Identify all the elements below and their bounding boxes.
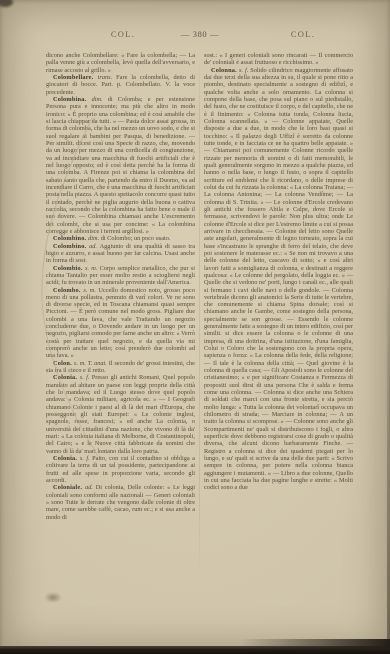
- left-column: dicono anche Colombellare: « Fare la col…: [46, 52, 195, 580]
- ink-smudge-bottom-left: [44, 592, 62, 603]
- entry-term: Colombina.: [53, 96, 92, 103]
- dictionary-page-scan: COL. — 380 — COL. dicono anche Colombell…: [0, 0, 390, 654]
- dictionary-entry: Colombo. s. m. Uccello domestico noto, g…: [46, 287, 195, 360]
- entry-grammar-label: s. m. T. anat.: [74, 360, 109, 367]
- entry-grammar-label: trans.: [98, 74, 117, 81]
- entry-grammar-label: s. f.: [239, 67, 250, 74]
- dictionary-entry: Colonna. s. f. Solido cilindrico maggior…: [204, 67, 353, 492]
- entry-grammar-label: ad.: [85, 484, 96, 491]
- entry-grammar-label: s. f.: [80, 374, 92, 381]
- dictionary-entry: Colombina. dim. di Colomba; e per estens…: [46, 96, 195, 235]
- dictionary-entry: Colombino. ad. Aggiunto di una qualità d…: [46, 243, 195, 265]
- dictionary-entry: Colonia. s. f. Patto, con cui il contadi…: [46, 455, 195, 484]
- column-divider-line: [199, 58, 200, 574]
- entry-term: Colombo.: [53, 287, 83, 294]
- entry-term: Colonna.: [211, 67, 239, 74]
- header-right-keyword: COL.: [268, 29, 338, 39]
- entry-term: Colombino.: [53, 243, 89, 250]
- dictionary-entry: Colombellare. trans. Fare la colombella,…: [46, 74, 195, 96]
- entry-term: Colombio.: [53, 265, 85, 272]
- running-header: COL. — 380 — COL.: [0, 29, 390, 41]
- entry-grammar-label: ad.: [89, 243, 99, 250]
- entry-term: Colonia.: [53, 374, 80, 381]
- entry-grammar-label: dim.: [92, 96, 108, 103]
- dictionary-entry: sost.: « I generi coloniali sono rincara…: [204, 52, 353, 67]
- ink-stain-top-left: [0, 0, 13, 7]
- entry-grammar-label: s. f.: [80, 455, 92, 462]
- dictionary-entry: Colombino. dim. di Colombo; un poco usat…: [46, 235, 195, 242]
- dictionary-entry: Colombio. s. m. Corpo semplice metallico…: [46, 265, 195, 287]
- page-edge-band-bottom-right: [240, 639, 390, 649]
- entry-term: Colonia.: [53, 455, 80, 462]
- entry-grammar-label: dim.: [88, 235, 101, 242]
- dictionary-entry: Colonia. s. f. Presso gli antichi Romani…: [46, 374, 195, 455]
- entry-grammar-label: s. m.: [83, 287, 98, 294]
- dictionary-entry: Colon. s. m. T. anat. Il secondo de' gro…: [46, 360, 195, 375]
- header-page-number: — 380 —: [160, 29, 240, 39]
- dictionary-entry: Coloniale. ad. Di colonia, Delle colonie…: [46, 484, 195, 521]
- entry-term: Colombino.: [53, 235, 88, 242]
- entry-term: Colon.: [53, 360, 74, 367]
- entry-term: Colombellare.: [53, 74, 98, 81]
- right-column: sost.: « I generi coloniali sono rincara…: [204, 52, 353, 580]
- header-left-keyword: COL.: [88, 29, 158, 39]
- entry-grammar-label: s. m.: [85, 265, 100, 272]
- entry-term: Coloniale.: [53, 484, 85, 491]
- dictionary-entry: dicono anche Colombellare: « Fare la col…: [46, 52, 195, 74]
